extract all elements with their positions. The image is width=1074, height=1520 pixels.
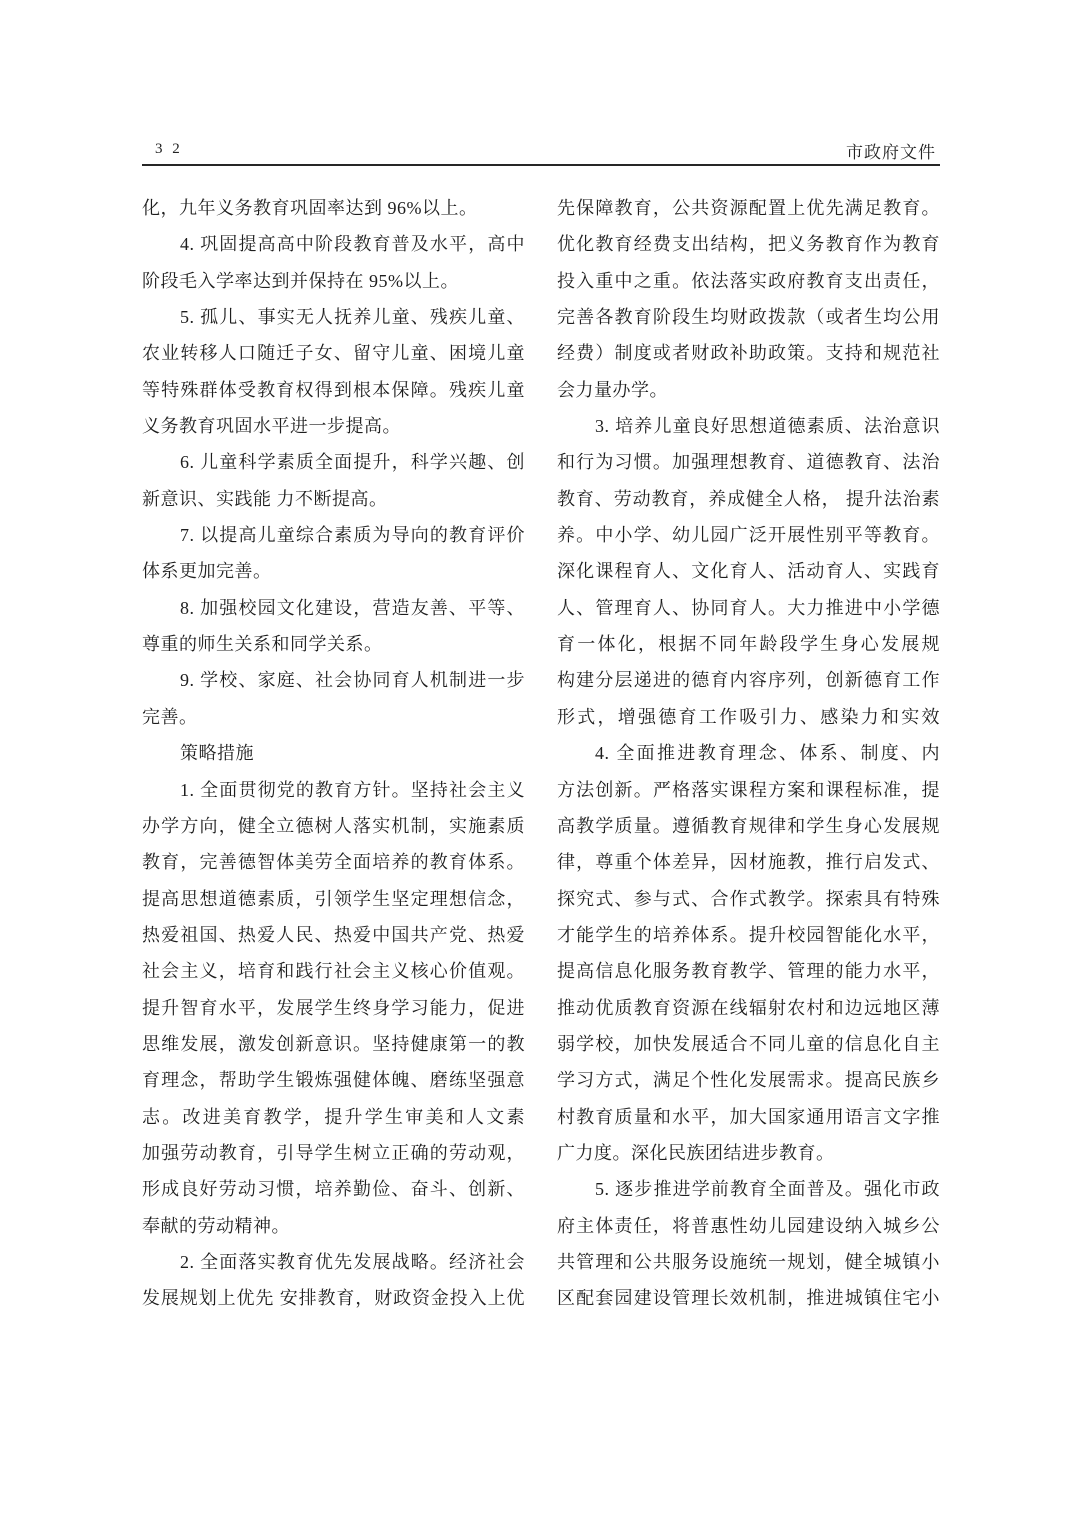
text-line: 热爱祖国、热爱人民、热爱中国共产党、热爱 <box>142 917 525 953</box>
text-line: 农业转移人口随迁子女、留守儿童、困境儿童 <box>142 335 525 371</box>
text-line: 提升智育水平，发展学生终身学习能力，促进 <box>142 990 525 1026</box>
text-line: 方法创新。严格落实课程方案和课程标准，提 <box>557 772 940 808</box>
text-line: 2. 全面落实教育优先发展战略。经济社会 <box>142 1244 525 1280</box>
header-doc-type-label: 市政府文件 <box>846 138 936 163</box>
text-line: 推动优质教育资源在线辐射农村和边远地区薄 <box>557 990 940 1026</box>
text-line: 9. 学校、家庭、社会协同育人机制进一步 <box>142 662 525 698</box>
document-page: 3 2 市政府文件 化，九年义务教育巩固率达到 96%以上。4. 巩固提高高中阶… <box>0 0 1074 1520</box>
text-line: 3. 培养儿童良好思想道德素质、法治意识 <box>557 408 940 444</box>
text-line: 8. 加强校园文化建设，营造友善、平等、 <box>142 590 525 626</box>
text-line: 和行为习惯。加强理想教育、道德教育、法治 <box>557 444 940 480</box>
text-line: 学习方式，满足个性化发展需求。提高民族乡 <box>557 1062 940 1098</box>
text-line: 教育，完善德智体美劳全面培养的教育体系。 <box>142 844 525 880</box>
text-line: 等特殊群体受教育权得到根本保障。残疾儿童 <box>142 372 525 408</box>
text-line: 形成良好劳动习惯，培养勤俭、奋斗、创新、 <box>142 1171 525 1207</box>
text-line: 深化课程育人、文化育人、活动育人、实践育 <box>557 553 940 589</box>
text-line: 育一体化，根据不同年龄段学生身心发展规律， <box>557 626 940 662</box>
text-line: 人、管理育人、协同育人。大力推进中小学德 <box>557 590 940 626</box>
text-line: 广力度。深化民族团结进步教育。 <box>557 1135 940 1171</box>
text-line: 养。中小学、幼儿园广泛开展性别平等教育。 <box>557 517 940 553</box>
text-line: 1. 全面贯彻党的教育方针。坚持社会主义 <box>142 772 525 808</box>
text-line: 5. 孤儿、事实无人抚养儿童、残疾儿童、 <box>142 299 525 335</box>
text-line: 高教学质量。遵循教育规律和学生身心发展规 <box>557 808 940 844</box>
text-line: 策略措施 <box>142 735 525 771</box>
text-line: 完善。 <box>142 699 525 735</box>
text-line: 投入重中之重。依法落实政府教育支出责任， <box>557 263 940 299</box>
text-line: 奉献的劳动精神。 <box>142 1208 525 1244</box>
text-line: 志。改进美育教学，提升学生审美和人文素养。 <box>142 1099 525 1135</box>
page-number: 3 2 <box>155 141 183 158</box>
text-line: 义务教育巩固水平进一步提高。 <box>142 408 525 444</box>
text-line: 弱学校，加快发展适合不同儿童的信息化自主 <box>557 1026 940 1062</box>
text-line: 律，尊重个体差异，因材施教，推行启发式、 <box>557 844 940 880</box>
text-line: 体系更加完善。 <box>142 553 525 589</box>
text-line: 会力量办学。 <box>557 372 940 408</box>
text-line: 阶段毛入学率达到并保持在 95%以上。 <box>142 263 525 299</box>
text-line: 加强劳动教育，引导学生树立正确的劳动观， <box>142 1135 525 1171</box>
text-line: 构建分层递进的德育内容序列，创新德育工作 <box>557 662 940 698</box>
text-line: 7. 以提高儿童综合素质为导向的教育评价 <box>142 517 525 553</box>
text-line: 提高信息化服务教育教学、管理的能力水平， <box>557 953 940 989</box>
text-line: 4. 全面推进教育理念、体系、制度、内容、 <box>557 735 940 771</box>
text-line: 思维发展，激发创新意识。坚持健康第一的教 <box>142 1026 525 1062</box>
text-line: 府主体责任，将普惠性幼儿园建设纳入城乡公 <box>557 1208 940 1244</box>
text-line: 育理念，帮助学生锻炼强健体魄、磨练坚强意 <box>142 1062 525 1098</box>
text-line: 优化教育经费支出结构，把义务教育作为教育 <box>557 226 940 262</box>
text-line: 办学方向，健全立德树人落实机制，实施素质 <box>142 808 525 844</box>
text-line: 探究式、参与式、合作式教学。探索具有特殊 <box>557 881 940 917</box>
text-line: 先保障教育，公共资源配置上优先满足教育。 <box>557 190 940 226</box>
text-line: 共管理和公共服务设施统一规划，健全城镇小 <box>557 1244 940 1280</box>
text-line: 化，九年义务教育巩固率达到 96%以上。 <box>142 190 525 226</box>
text-line: 尊重的师生关系和同学关系。 <box>142 626 525 662</box>
text-column-left: 化，九年义务教育巩固率达到 96%以上。4. 巩固提高高中阶段教育普及水平，高中… <box>142 190 525 1317</box>
text-column-right: 先保障教育，公共资源配置上优先满足教育。优化教育经费支出结构，把义务教育作为教育… <box>557 190 940 1317</box>
text-line: 提高思想道德素质，引领学生坚定理想信念， <box>142 881 525 917</box>
text-line: 才能学生的培养体系。提升校园智能化水平， <box>557 917 940 953</box>
text-line: 区配套园建设管理长效机制，推进城镇住宅小 <box>557 1280 940 1316</box>
text-line: 4. 巩固提高高中阶段教育普及水平，高中 <box>142 226 525 262</box>
text-line: 5. 逐步推进学前教育全面普及。强化市政 <box>557 1171 940 1207</box>
text-line: 社会主义，培育和践行社会主义核心价值观。 <box>142 953 525 989</box>
text-line: 村教育质量和水平，加大国家通用语言文字推 <box>557 1099 940 1135</box>
text-line: 新意识、实践能 力不断提高。 <box>142 481 525 517</box>
text-line: 经费）制度或者财政补助政策。支持和规范社 <box>557 335 940 371</box>
text-line: 形式，增强德育工作吸引力、感染力和实效性。 <box>557 699 940 735</box>
text-line: 完善各教育阶段生均财政拨款（或者生均公用 <box>557 299 940 335</box>
text-line: 6. 儿童科学素质全面提升，科学兴趣、创 <box>142 444 525 480</box>
header-divider <box>142 164 940 166</box>
text-line: 发展规划上优先 安排教育，财政资金投入上优 <box>142 1280 525 1316</box>
text-line: 教育、劳动教育，养成健全人格， 提升法治素 <box>557 481 940 517</box>
